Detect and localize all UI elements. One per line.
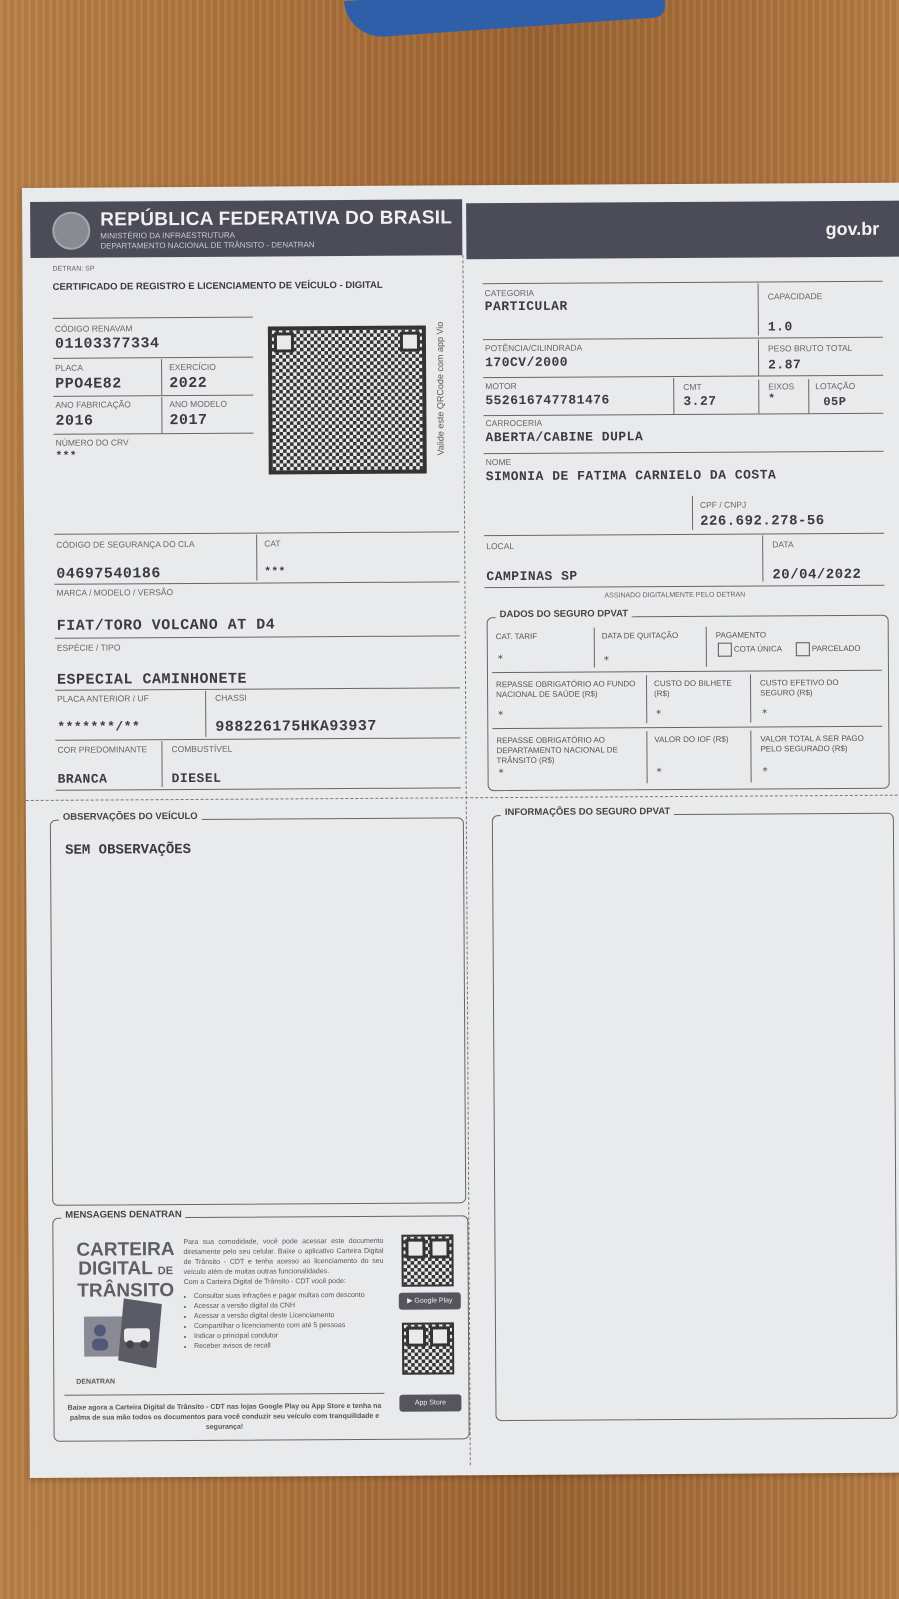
lotacao-label: LOTAÇÃO	[815, 381, 855, 391]
codigo-seguranca-value: 04697540186	[56, 565, 161, 583]
cpf-label: CPF / CNPJ	[700, 500, 746, 510]
parcelado-label: PARCELADO	[812, 644, 861, 654]
cdt-intro-text: Para sua comodidade, você pode acessar e…	[183, 1237, 383, 1278]
data-label: DATA	[772, 539, 793, 549]
cmt-label: CMT	[683, 382, 701, 392]
app-store-label: App Store	[415, 1399, 446, 1406]
categoria-label: CATEGORIA	[485, 288, 534, 298]
fold-line-horizontal	[26, 795, 899, 801]
categoria-value: PARTICULAR	[485, 299, 568, 315]
brasil-coat-of-arms-icon	[52, 212, 90, 250]
cdt-line2: DIGITAL	[78, 1258, 152, 1279]
info-dpvat-box: INFORMAÇÕES DO SEGURO DPVAT	[492, 813, 898, 1421]
denatran-label: DENATRAN	[76, 1378, 115, 1385]
app-store-badge[interactable]: App Store	[399, 1394, 461, 1411]
department-text: DEPARTAMENTO NACIONAL DE TRÂNSITO - DENA…	[100, 240, 314, 250]
peso-value: 2.87	[768, 357, 801, 372]
repasse-transito-label: REPASSE OBRIGATÓRIO AO DEPARTAMENTO NACI…	[496, 735, 636, 766]
observacoes-value: SEM OBSERVAÇÕES	[65, 842, 191, 859]
blue-bag-corner	[344, 0, 666, 39]
dpvat-data-box: DADOS DO SEGURO DPVAT CAT. TARIF * DATA …	[487, 615, 890, 791]
carroceria-value: ABERTA/CABINE DUPLA	[485, 429, 643, 445]
cota-unica-label: COTA ÚNICA	[734, 644, 782, 654]
cdt-can-do-text: Com a Carteira Digital de Trânsito - CDT…	[184, 1277, 384, 1288]
renavam-label: CÓDIGO RENAVAM	[55, 323, 133, 333]
valor-iof-label: VALOR DO IOF (R$)	[654, 735, 744, 746]
qr-hint: Valide este QRCode com app Vio	[435, 322, 446, 456]
marca-modelo-label: MARCA / MODELO / VERSÃO	[56, 587, 173, 598]
validation-qr-code[interactable]	[268, 326, 427, 475]
document-title: CERTIFICADO DE REGISTRO E LICENCIAMENTO …	[53, 280, 383, 293]
cota-unica-checkbox[interactable]	[718, 643, 732, 657]
custo-efetivo-value: *	[762, 708, 767, 719]
cat-tarif-value: *	[498, 654, 503, 665]
data-quitacao-value: *	[604, 655, 609, 666]
repasse-saude-label: REPASSE OBRIGATÓRIO AO FUNDO NACIONAL DE…	[496, 679, 636, 700]
placa-anterior-value: *******/**	[57, 719, 140, 735]
cdt-feature-item: Consultar suas infrações e pagar multas …	[194, 1291, 384, 1302]
mensagens-title: MENSAGENS DENATRAN	[61, 1209, 186, 1221]
google-play-label: Google Play	[414, 1297, 452, 1304]
crlv-document: REPÚBLICA FEDERATIVA DO BRASIL MINISTÉRI…	[22, 183, 899, 1478]
repasse-saude-value: *	[498, 710, 503, 721]
cpf-value: 226.692.278-56	[700, 513, 825, 530]
valor-total-value: *	[763, 766, 768, 777]
google-play-qr-code[interactable]	[401, 1234, 453, 1286]
download-cta: Baixe agora a Carteira Digital de Trânsi…	[64, 1402, 384, 1434]
especie-tipo-value: ESPECIAL CAMINHONETE	[57, 671, 247, 689]
govbr-logo: gov.br	[826, 219, 880, 240]
cat-tarif-label: CAT. TARIF	[496, 632, 537, 642]
header-band: REPÚBLICA FEDERATIVA DO BRASIL MINISTÉRI…	[30, 199, 462, 258]
app-store-qr-code[interactable]	[402, 1322, 454, 1374]
combustivel-label: COMBUSTÍVEL	[171, 744, 232, 754]
peso-label: PESO BRUTO TOTAL	[768, 343, 852, 354]
nome-label: NOME	[486, 457, 512, 467]
numero-crv-label: NÚMERO DO CRV	[56, 437, 129, 447]
data-quitacao-label: DATA DE QUITAÇÃO	[602, 631, 679, 641]
pagamento-label: PAGAMENTO	[716, 630, 766, 640]
local-label: LOCAL	[486, 541, 514, 551]
ano-modelo-label: ANO MODELO	[169, 399, 227, 409]
cdt-feature-list: Consultar suas infrações e pagar multas …	[184, 1291, 384, 1352]
carroceria-label: CARROCERIA	[485, 418, 542, 428]
parcelado-checkbox[interactable]	[796, 642, 810, 656]
codigo-seguranca-label: CÓDIGO DE SEGURANÇA DO CLA	[56, 539, 194, 550]
detran-state: DETRAN: SP	[52, 266, 94, 273]
marca-modelo-value: FIAT/TORO VOLCANO AT D4	[57, 616, 276, 634]
renavam-value: 01103377334	[55, 335, 160, 353]
assinado-text: ASSINADO DIGITALMENTE PELO DETRAN	[604, 592, 745, 600]
placa-label: PLACA	[55, 363, 83, 373]
republic-title: REPÚBLICA FEDERATIVA DO BRASIL	[100, 207, 452, 231]
cdt-app-illustration-icon	[84, 1298, 164, 1368]
info-dpvat-title: INFORMAÇÕES DO SEGURO DPVAT	[501, 806, 674, 818]
cdt-logo: CARTEIRA DIGITAL DE TRÂNSITO	[75, 1240, 175, 1301]
cor-value: BRANCA	[58, 771, 108, 786]
motor-label: MOTOR	[485, 381, 517, 391]
cdt-message: Para sua comodidade, você pode acessar e…	[183, 1237, 384, 1352]
cdt-line1: CARTEIRA	[75, 1240, 175, 1260]
capacidade-label: CAPACIDADE	[768, 291, 823, 301]
custo-efetivo-label: CUSTO EFETIVO DO SEGURO (R$)	[760, 678, 860, 699]
cor-label: COR PREDOMINANTE	[57, 744, 147, 755]
owner-name: SIMONIA DE FATIMA CARNIELO DA COSTA	[486, 467, 777, 484]
eixos-label: EIXOS	[768, 381, 794, 391]
exercicio-label: EXERCÍCIO	[169, 362, 216, 372]
cat-value: ***	[264, 566, 285, 578]
potencia-label: POTÊNCIA/CILINDRADA	[485, 343, 582, 354]
placa-value: PPO4E82	[55, 375, 122, 392]
ano-modelo-value: 2017	[169, 412, 207, 429]
custo-bilhete-label: CUSTO DO BILHETE (R$)	[654, 679, 734, 699]
eixos-value: *	[768, 393, 775, 405]
valor-iof-value: *	[657, 767, 662, 778]
capacidade-value: 1.0	[768, 319, 793, 334]
combustivel-value: DIESEL	[172, 771, 222, 786]
repasse-transito-value: *	[499, 768, 504, 779]
motor-value: 552616747781476	[485, 392, 610, 408]
lotacao-value: 05P	[823, 395, 846, 409]
valor-total-label: VALOR TOTAL A SER PAGO PELO SEGURADO (R$…	[760, 734, 880, 755]
placa-anterior-label: PLACA ANTERIOR / UF	[57, 693, 149, 704]
header-band-right: gov.br	[466, 201, 899, 260]
custo-bilhete-value: *	[656, 709, 661, 720]
ano-fabricacao-value: 2016	[55, 413, 93, 430]
local-value: CAMPINAS SP	[486, 569, 577, 585]
mensagens-box: MENSAGENS DENATRAN CARTEIRA DIGITAL DE T…	[52, 1215, 469, 1442]
chassi-label: CHASSI	[215, 693, 247, 703]
google-play-badge[interactable]: ▶ Google Play	[399, 1292, 461, 1309]
ministry-text: MINISTÉRIO DA INFRAESTRUTURA	[100, 231, 235, 241]
cmt-value: 3.27	[683, 394, 716, 409]
ano-fabricacao-label: ANO FABRICAÇÃO	[55, 399, 131, 409]
exercicio-value: 2022	[169, 375, 207, 392]
data-value: 20/04/2022	[772, 567, 861, 584]
especie-tipo-label: ESPÉCIE / TIPO	[57, 642, 121, 652]
cat-label: CAT	[264, 538, 280, 548]
numero-crv-value: ***	[56, 451, 77, 463]
potencia-value: 170CV/2000	[485, 355, 568, 371]
observacoes-box: OBSERVAÇÕES DO VEÍCULO SEM OBSERVAÇÕES	[50, 817, 466, 1206]
cdt-de: DE	[158, 1265, 173, 1277]
observacoes-title: OBSERVAÇÕES DO VEÍCULO	[59, 811, 202, 823]
chassi-value: 988226175HKA93937	[215, 718, 377, 736]
dpvat-title: DADOS DO SEGURO DPVAT	[496, 608, 633, 620]
cdt-feature-item: Receber avisos de recall	[194, 1341, 384, 1352]
